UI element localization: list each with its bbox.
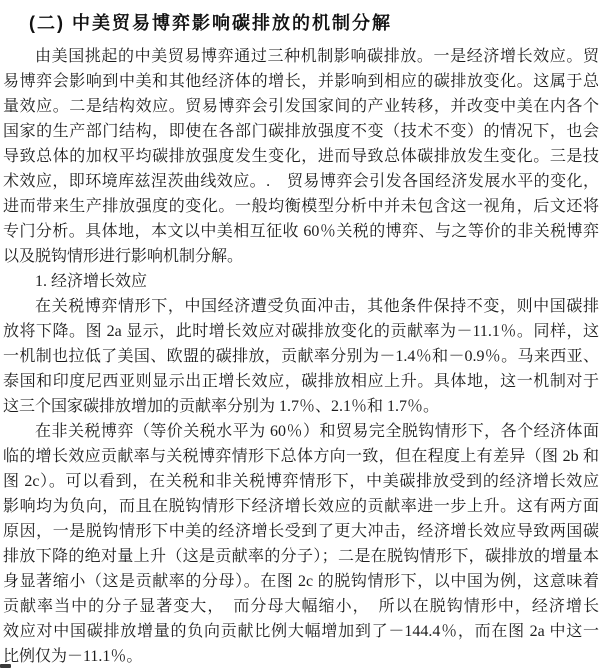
document-body: 由美国挑起的中美贸易博弈通过三种机制影响碳排放。一是经济增长效应。贸易博弈会影响… <box>3 44 599 669</box>
text-line: 泰国和印度尼西亚则显示出正增长效应，碳排放相应上升。具体地，这一机制对于 <box>3 369 599 394</box>
paragraph: 由美国挑起的中美贸易博弈通过三种机制影响碳排放。一是经济增长效应。贸易博弈会影响… <box>3 44 599 269</box>
document-page: (二) 中美贸易博弈影响碳排放的机制分解 由美国挑起的中美贸易博弈通过三种机制影… <box>0 0 603 669</box>
section-heading: (二) 中美贸易博弈影响碳排放的机制分解 <box>3 10 599 36</box>
text-line: 以及脱钩情形进行影响机制分解。 <box>3 244 599 269</box>
text-line: 图 2c）。可以看到，在关税和非关税博弈情形下，中美碳排放受到的经济增长效应 <box>3 469 599 494</box>
text-line: 专门分析。具体地，本文以中美相互征收 60％关税的博弈、与之等价的非关税博弈 <box>3 219 599 244</box>
text-line: 由美国挑起的中美贸易博弈通过三种机制影响碳排放。一是经济增长效应。贸 <box>3 44 599 69</box>
text-line: 国家的生产部门结构，即使在各部门碳排放强度不变（技术不变）的情况下，也会 <box>3 119 599 144</box>
text-line: 术效应，即环境库兹涅茨曲线效应。. 贸易博弈会引发各国经济发展水平的变化， <box>3 169 599 194</box>
text-line: 效应对中国碳排放增量的负向贡献比例大幅增加到了－144.4％，而在图 2a 中这… <box>3 619 599 644</box>
text-line: 在关税博弈情形下，中国经济遭受负面冲击，其他条件保持不变，则中国碳排 <box>3 294 599 319</box>
text-line: 影响均为负向，而且在脱钩情形下经济增长效应的贡献率进一步上升。这有两方面 <box>3 494 599 519</box>
text-line: 身显著缩小（这是贡献率的分母）。在图 2c 的脱钩情形下，以中国为例，这意味着 <box>3 569 599 594</box>
text-line: 量效应。二是结构效应。贸易博弈会引发国家间的产业转移，并改变中美在内各个 <box>3 94 599 119</box>
text-line: 这三个国家碳排放增加的贡献率分别为 1.7％、2.1％和 1.7％。 <box>3 394 599 419</box>
subsection-heading: 1. 经济增长效应 <box>3 269 599 294</box>
text-line: 比例仅为－11.1％。 <box>3 644 599 669</box>
text-line: 临的增长效应贡献率与关税博弈情形下总体方向一致，但在程度上有差异（图 2b 和 <box>3 444 599 469</box>
text-line: 贡献率当中的分子显著变大， 而分母大幅缩小， 所以在脱钩情形中，经济增长 <box>3 594 599 619</box>
text-line: 进而带来生产排放强度的变化。一般均衡模型分析中并未包含这一视角，后文还将 <box>3 194 599 219</box>
text-line: 在非关税博弈（等价关税水平为 60％）和贸易完全脱钩情形下，各个经济体面 <box>3 419 599 444</box>
paragraph: 在非关税博弈（等价关税水平为 60％）和贸易完全脱钩情形下，各个经济体面临的增长… <box>3 419 599 669</box>
text-line: 排放下降的绝对量上升（这是贡献率的分子）；二是在脱钩情形下，碳排放的增量本 <box>3 544 599 569</box>
text-line: 原因，一是脱钩情形下中美的经济增长受到了更大冲击，经济增长效应导致两国碳 <box>3 519 599 544</box>
text-line: 一机制也拉低了美国、欧盟的碳排放，贡献率分别为－1.4％和－0.9％。马来西亚、 <box>3 344 599 369</box>
paragraph: 在关税博弈情形下，中国经济遭受负面冲击，其他条件保持不变，则中国碳排放将下降。图… <box>3 294 599 419</box>
text-line: 易博弈会影响到中美和其他经济体的增长，并影响到相应的碳排放变化。这属于总 <box>3 69 599 94</box>
scan-artifact <box>0 664 11 668</box>
text-line: 放将下降。图 2a 显示，此时增长效应对碳排放变化的贡献率为－11.1％。同样，… <box>3 319 599 344</box>
text-line: 导致总体的加权平均碳排放强度发生变化，进而导致总体碳排放发生变化。三是技 <box>3 144 599 169</box>
